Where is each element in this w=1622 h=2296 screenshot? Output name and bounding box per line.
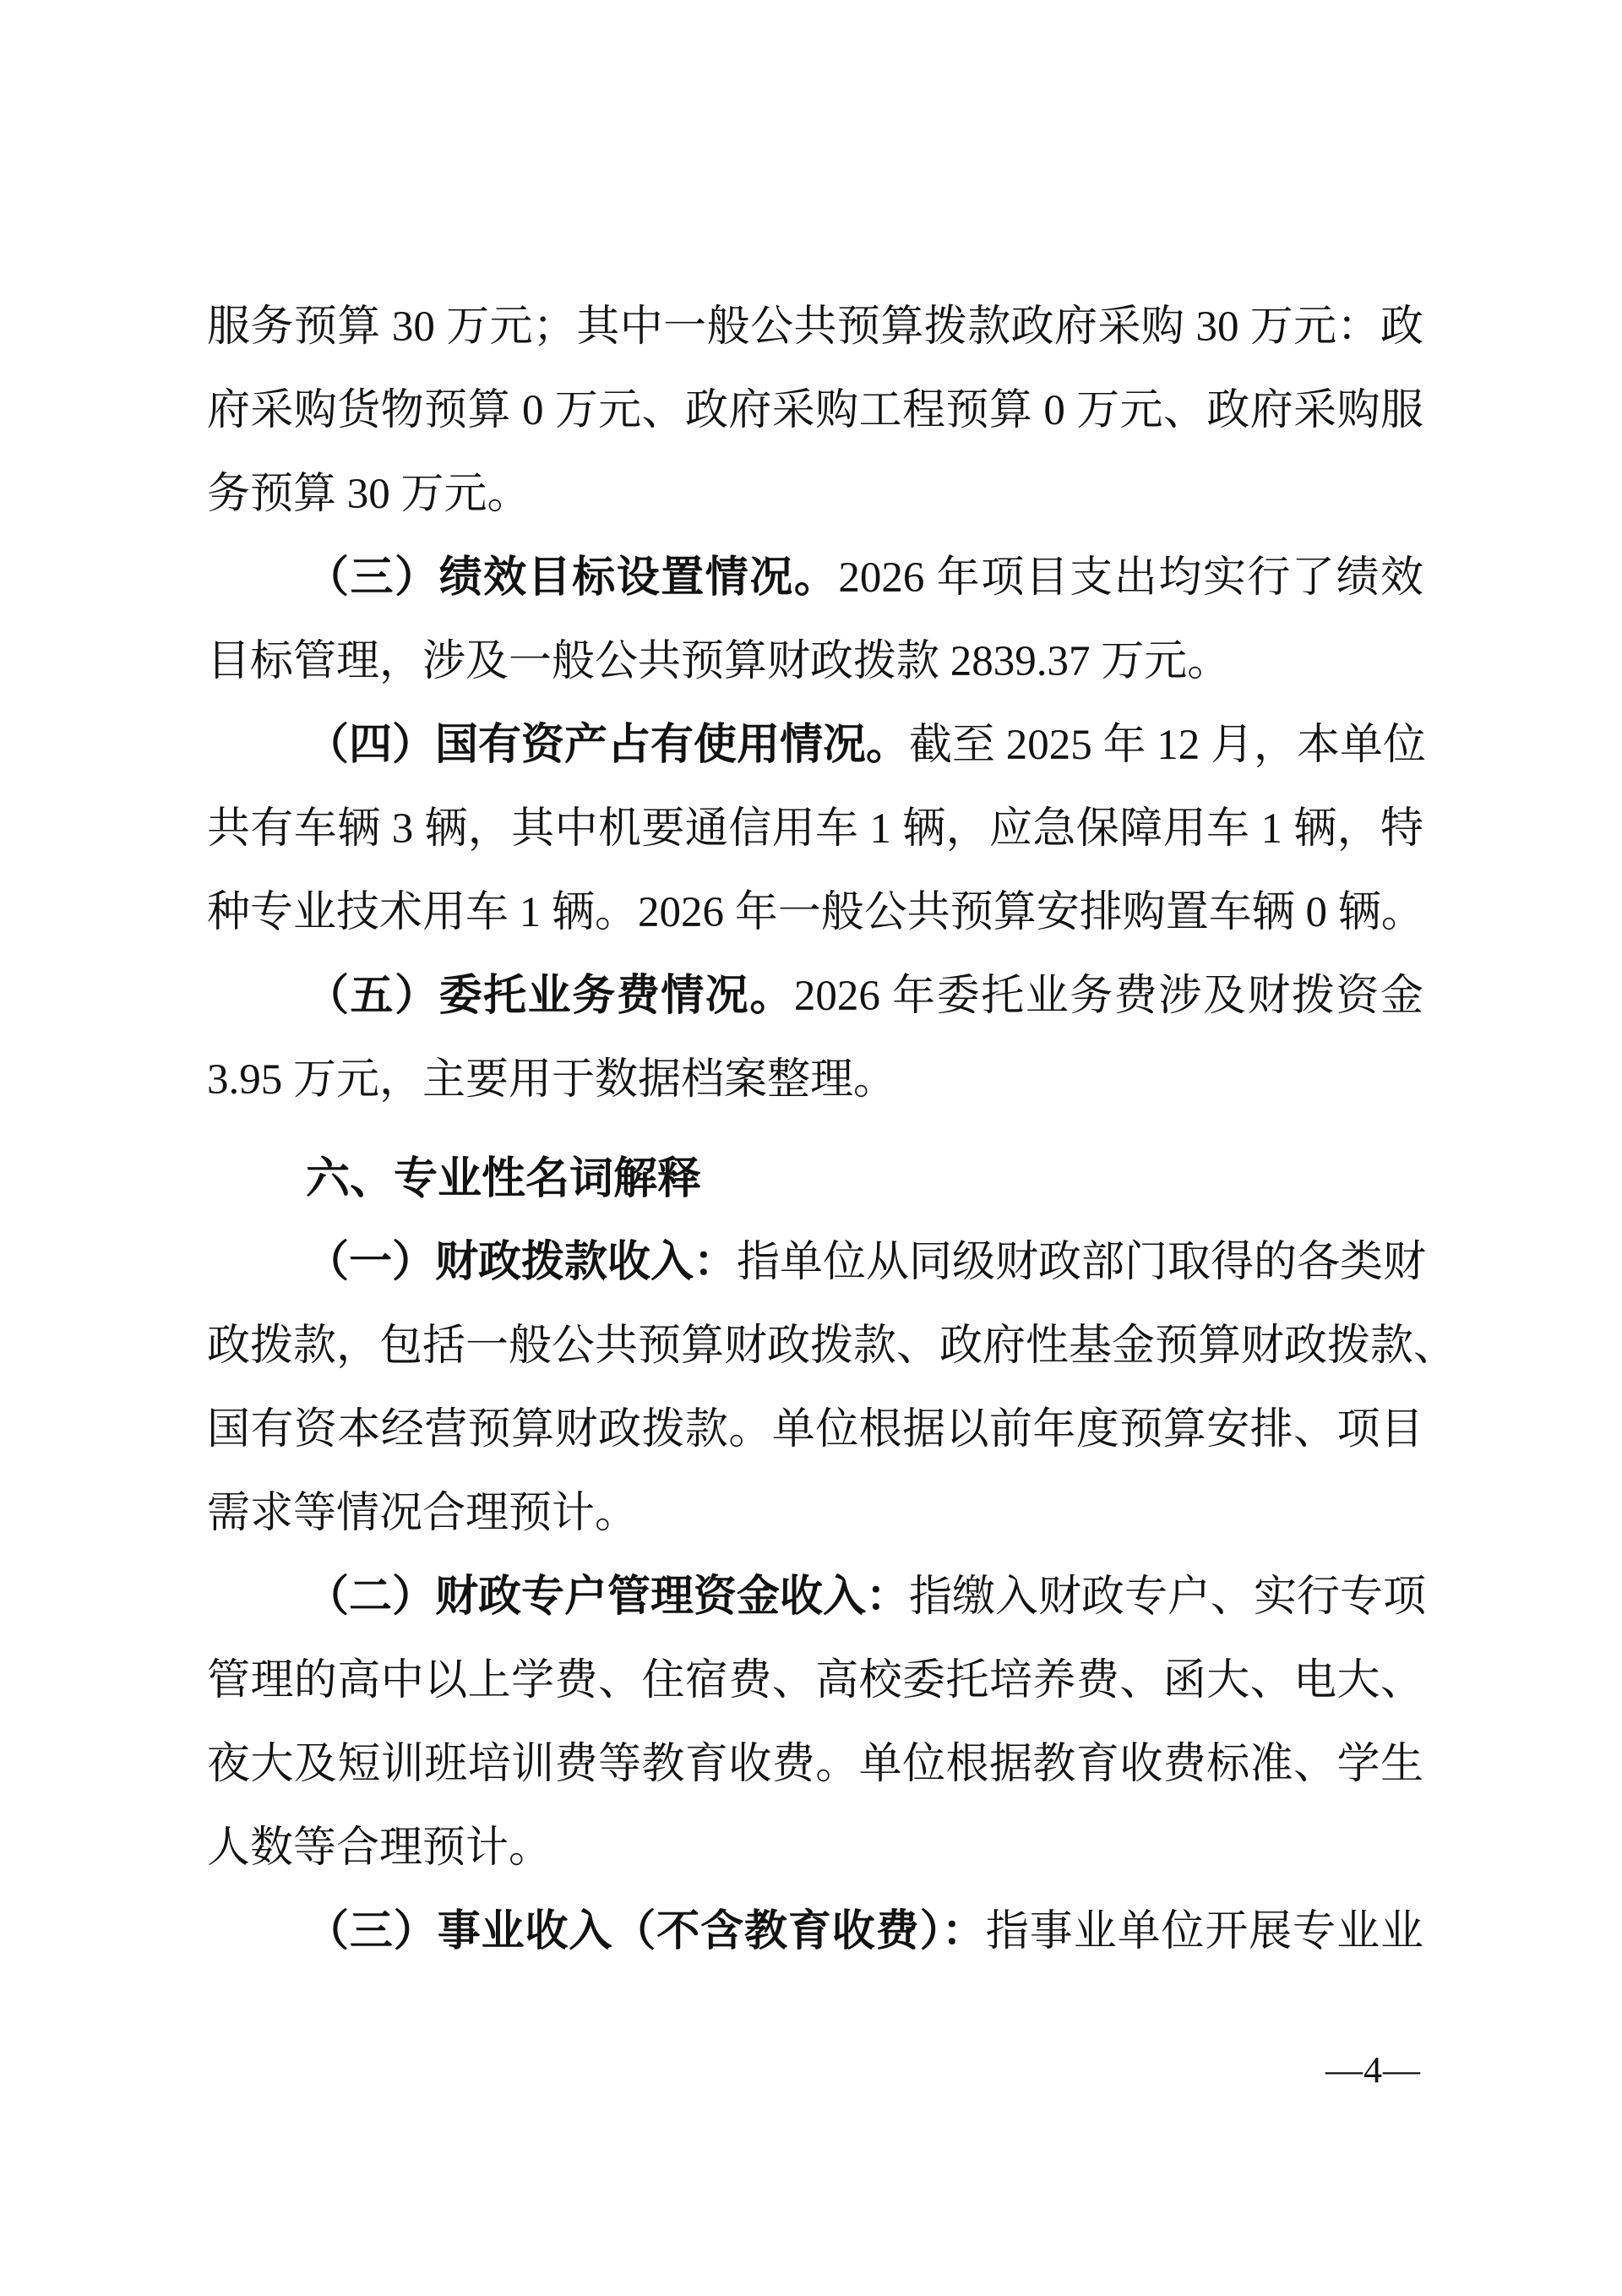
body-text: 指缴入财政专户、实行专项 — [909, 1573, 1426, 1621]
paragraph-lead: （四）国有资产占有使用情况。 — [306, 722, 909, 769]
body-text: 国有资本经营预算财政拨款。单位根据以前年度预算安排、项目 — [207, 1406, 1423, 1453]
text-line: 政拨款，包括一般公共预算财政拨款、政府性基金预算财政拨款、 — [207, 1305, 1423, 1388]
text-line: 需求等情况合理预计。 — [207, 1472, 1423, 1556]
body-text: 共有车辆 3 辆，其中机要通信用车 1 辆，应急保障用车 1 辆，特 — [207, 805, 1423, 853]
body-text: 指单位从同级财政部门取得的各类财 — [737, 1239, 1426, 1286]
text-line: （五）委托业务费情况。2026 年委托业务费涉及财拨资金 — [207, 955, 1423, 1039]
text-line: 夜大及短训班培训费等教育收费。单位根据教育收费标准、学生 — [207, 1723, 1423, 1807]
paragraph-lead: （三）事业收入（不含教育收费）： — [306, 1908, 986, 1955]
text-line: （一）财政拨款收入：指单位从同级财政部门取得的各类财 — [207, 1221, 1423, 1305]
body-text: 截至 2025 年 12 月，本单位 — [909, 722, 1426, 769]
text-line: 共有车辆 3 辆，其中机要通信用车 1 辆，应急保障用车 1 辆，特 — [207, 788, 1423, 871]
text-line: 服务预算 30 万元；其中一般公共预算拨款政府采购 30 万元：政 — [207, 286, 1423, 369]
section-heading: 六、专业性名词解释 — [207, 1137, 1423, 1221]
body-text: 夜大及短训班培训费等教育收费。单位根据教育收费标准、学生 — [207, 1741, 1423, 1788]
section-heading-text: 六、专业性名词解释 — [306, 1154, 701, 1203]
paragraph-lead: （三）绩效目标设置情况。 — [306, 554, 838, 602]
text-line: 国有资本经营预算财政拨款。单位根据以前年度预算安排、项目 — [207, 1388, 1423, 1472]
body-text: 务预算 30 万元。 — [207, 471, 531, 518]
text-line: （二）财政专户管理资金收入：指缴入财政专户、实行专项 — [207, 1556, 1423, 1639]
text-line: 目标管理，涉及一般公共预算财政拨款 2839.37 万元。 — [207, 620, 1423, 704]
body-text: 政拨款，包括一般公共预算财政拨款、政府性基金预算财政拨款、 — [207, 1323, 1456, 1370]
body-text: 指事业单位开展专业业 — [986, 1908, 1423, 1955]
text-line: 种专业技术用车 1 辆。2026 年一般公共预算安排购置车辆 0 辆。 — [207, 871, 1423, 955]
body-text: 人数等合理预计。 — [207, 1824, 552, 1872]
text-line: 人数等合理预计。 — [207, 1807, 1423, 1890]
body-text: 2026 年委托业务费涉及财拨资金 — [794, 973, 1423, 1020]
body-text: 需求等情况合理预计。 — [207, 1490, 638, 1537]
text-line: 3.95 万元，主要用于数据档案整理。 — [207, 1039, 1423, 1122]
body-text: 服务预算 30 万元；其中一般公共预算拨款政府采购 30 万元：政 — [207, 303, 1423, 351]
body-text: 府采购货物预算 0 万元、政府采购工程预算 0 万元、政府采购服 — [207, 387, 1423, 434]
text-line: 府采购货物预算 0 万元、政府采购工程预算 0 万元、政府采购服 — [207, 369, 1423, 453]
body-text: 3.95 万元，主要用于数据档案整理。 — [207, 1056, 896, 1104]
text-line: （三）事业收入（不含教育收费）：指事业单位开展专业业 — [207, 1890, 1423, 1974]
text-line: 务预算 30 万元。 — [207, 453, 1423, 537]
text-line: （四）国有资产占有使用情况。截至 2025 年 12 月，本单位 — [207, 704, 1423, 788]
body-text: 管理的高中以上学费、住宿费、高校委托培养费、函大、电大、 — [207, 1657, 1423, 1704]
body-text: 种专业技术用车 1 辆。2026 年一般公共预算安排购置车辆 0 辆。 — [207, 889, 1424, 936]
text-line: （三）绩效目标设置情况。2026 年项目支出均实行了绩效 — [207, 537, 1423, 620]
paragraph-lead: （五）委托业务费情况。 — [306, 973, 794, 1020]
paragraph-lead: （二）财政专户管理资金收入： — [306, 1573, 909, 1621]
document-body: 服务预算 30 万元；其中一般公共预算拨款政府采购 30 万元：政 府采购货物预… — [207, 286, 1423, 1974]
text-line: 管理的高中以上学费、住宿费、高校委托培养费、函大、电大、 — [207, 1639, 1423, 1723]
paragraph-lead: （一）财政拨款收入： — [306, 1239, 737, 1286]
body-text: 目标管理，涉及一般公共预算财政拨款 2839.37 万元。 — [207, 638, 1230, 685]
page-number: —4— — [1325, 2048, 1421, 2091]
body-text: 2026 年项目支出均实行了绩效 — [838, 554, 1423, 602]
